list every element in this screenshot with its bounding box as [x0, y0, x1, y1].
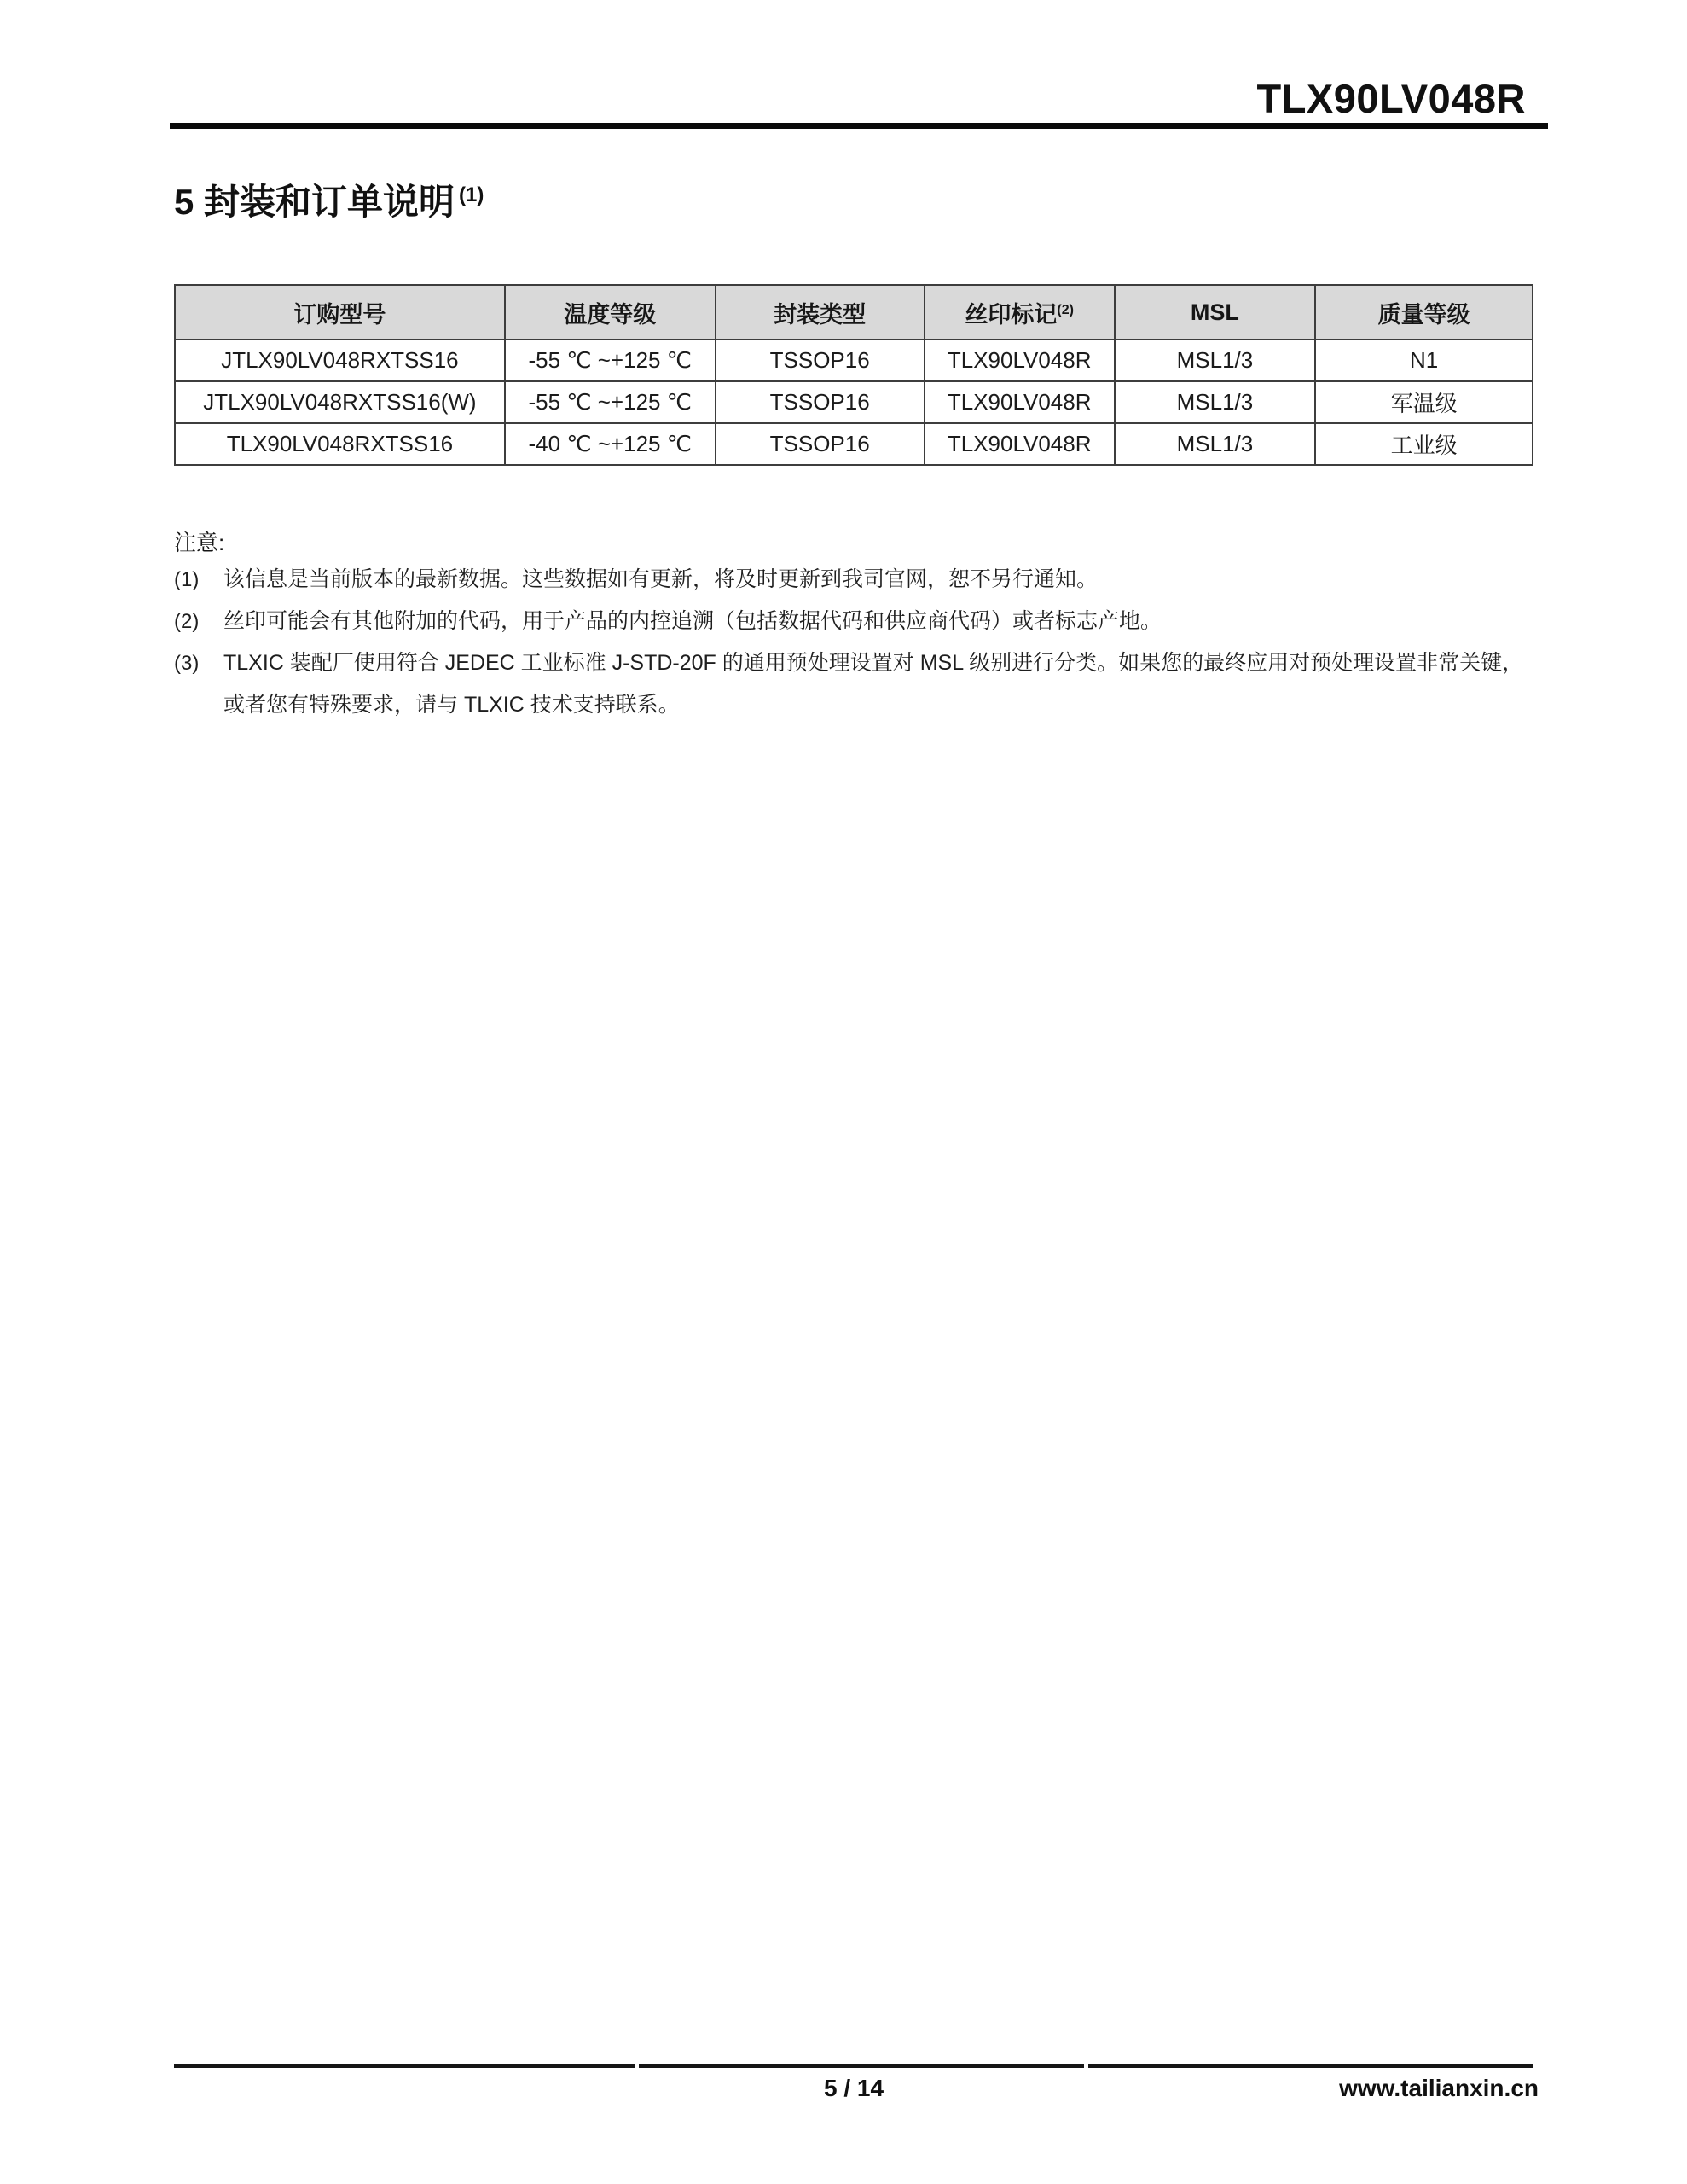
footer-rule-segment	[639, 2064, 1084, 2068]
cell-order-model: TLX90LV048RXTSS16	[175, 423, 505, 465]
website-url: www.tailianxin.cn	[174, 2075, 1539, 2102]
column-header-msl: MSL	[1115, 285, 1316, 340]
cell-package-type: TSSOP16	[716, 340, 925, 381]
cell-msl: MSL1/3	[1115, 340, 1316, 381]
cell-msl: MSL1/3	[1115, 423, 1316, 465]
cell-order-model: JTLX90LV048RXTSS16	[175, 340, 505, 381]
table-row: JTLX90LV048RXTSS16 -55 ℃ ~+125 ℃ TSSOP16…	[175, 340, 1533, 381]
column-header-temp-grade: 温度等级	[505, 285, 716, 340]
doc-title: TLX90LV048R	[171, 75, 1538, 122]
cell-marking: TLX90LV048R	[925, 381, 1115, 423]
cell-marking: TLX90LV048R	[925, 340, 1115, 381]
footer-rule-segment	[174, 2064, 635, 2068]
ordering-table: 订购型号 温度等级 封装类型 丝印标记(2) MSL 质量等级 JTLX90LV…	[174, 284, 1533, 466]
note-item: (3) TLXIC 装配厂使用符合 JEDEC 工业标准 J-STD-20F 的…	[174, 642, 1535, 726]
cell-temp-grade: -40 ℃ ~+125 ℃	[505, 423, 716, 465]
table-row: TLX90LV048RXTSS16 -40 ℃ ~+125 ℃ TSSOP16 …	[175, 423, 1533, 465]
cell-quality-grade: N1	[1315, 340, 1533, 381]
note-text: 该信息是当前版本的最新数据。这些数据如有更新，将及时更新到我司官网，恕不另行通知…	[223, 559, 1535, 601]
note-number: (1)	[174, 559, 223, 601]
note-number: (3)	[174, 642, 223, 684]
note-text: TLXIC 装配厂使用符合 JEDEC 工业标准 J-STD-20F 的通用预处…	[223, 642, 1535, 726]
cell-marking: TLX90LV048R	[925, 423, 1115, 465]
datasheet-page: TLX90LV048R 5 封装和订单说明(1) 订购型号 温度等级 封装类型 …	[0, 0, 1687, 2184]
column-header-package-type: 封装类型	[716, 285, 925, 340]
cell-package-type: TSSOP16	[716, 423, 925, 465]
note-number: (2)	[174, 601, 223, 642]
cell-quality-grade: 军温级	[1315, 381, 1533, 423]
cell-package-type: TSSOP16	[716, 381, 925, 423]
note-text: 丝印可能会有其他附加的代码，用于产品的内控追溯（包括数据代码和供应商代码）或者标…	[223, 601, 1535, 642]
cell-temp-grade: -55 ℃ ~+125 ℃	[505, 340, 716, 381]
note-item: (1) 该信息是当前版本的最新数据。这些数据如有更新，将及时更新到我司官网，恕不…	[174, 559, 1535, 601]
notes-heading: 注意:	[174, 526, 224, 557]
cell-quality-grade: 工业级	[1315, 423, 1533, 465]
notes-list: (1) 该信息是当前版本的最新数据。这些数据如有更新，将及时更新到我司官网，恕不…	[174, 559, 1535, 726]
section-title-superscript: (1)	[459, 183, 484, 206]
column-header-marking: 丝印标记(2)	[925, 285, 1115, 340]
table-row: JTLX90LV048RXTSS16(W) -55 ℃ ~+125 ℃ TSSO…	[175, 381, 1533, 423]
column-header-model: 订购型号	[175, 285, 505, 340]
cell-msl: MSL1/3	[1115, 381, 1316, 423]
column-header-quality-grade: 质量等级	[1315, 285, 1533, 340]
cell-temp-grade: -55 ℃ ~+125 ℃	[505, 381, 716, 423]
cell-order-model: JTLX90LV048RXTSS16(W)	[175, 381, 505, 423]
header-rule	[170, 123, 1548, 129]
note-item: (2) 丝印可能会有其他附加的代码，用于产品的内控追溯（包括数据代码和供应商代码…	[174, 601, 1535, 642]
table-header-row: 订购型号 温度等级 封装类型 丝印标记(2) MSL 质量等级	[175, 285, 1533, 340]
section-title-text: 5 封装和订单说明	[174, 182, 455, 222]
marking-superscript: (2)	[1057, 303, 1074, 317]
section-title: 5 封装和订单说明(1)	[174, 174, 484, 225]
footer-rule-segment	[1088, 2064, 1533, 2068]
